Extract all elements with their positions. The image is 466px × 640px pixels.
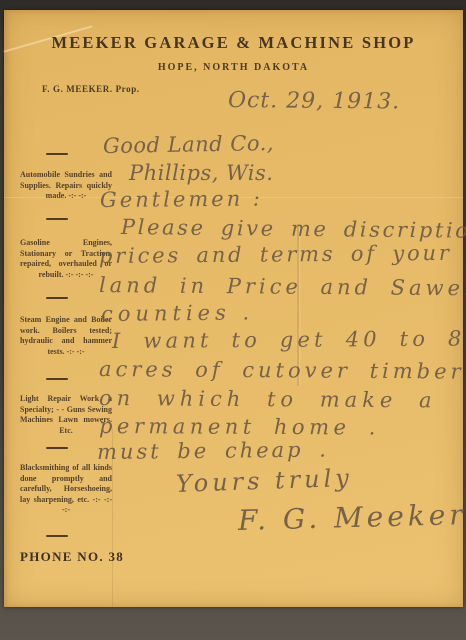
letter-line: prices and terms of your <box>99 241 452 268</box>
service-item-blacksmithing: Blacksmithing of all kinds done promptly… <box>20 463 112 516</box>
letter-line: land in Price and Sawer <box>99 273 466 300</box>
section-divider <box>46 447 68 449</box>
letter-line: acres of cutover timber <box>99 357 465 384</box>
letterhead-title: MEEKER GARAGE & MACHINE SHOP <box>4 33 463 53</box>
salutation: Gentlemen : <box>100 187 263 212</box>
section-divider <box>46 297 68 299</box>
letter-line: counties . <box>101 300 254 326</box>
service-item-auto-sundries: Automobile Sundries and Supplies. Repair… <box>20 170 112 202</box>
letter-line: permanent home . <box>99 414 380 439</box>
scanned-letter-page: MEEKER GARAGE & MACHINE SHOP HOPE, NORTH… <box>0 0 466 640</box>
letterhead-proprietor: F. G. MEEKER. Prop. <box>42 84 140 94</box>
signature: F. G. Meeker <box>238 498 466 537</box>
letter-line: must be cheap . <box>97 438 329 464</box>
recipient-name: Good Land Co., <box>103 131 274 158</box>
letter-line: on which to make a <box>99 386 437 412</box>
letter-line: Please give me discription <box>121 215 466 243</box>
section-divider <box>46 378 68 380</box>
section-divider <box>46 535 68 537</box>
letter-line: I want to get 40 to 80 <box>112 326 466 353</box>
service-item-steam-boiler: Steam Engine and Boiler work. Boilers te… <box>20 315 112 357</box>
recipient-city: Phillips, Wis. <box>129 161 273 185</box>
section-divider <box>46 153 68 155</box>
letterhead-location: HOPE, NORTH DAKOTA <box>4 62 463 73</box>
phone-number: PHONE NO. 38 <box>20 549 124 565</box>
section-divider <box>46 218 68 220</box>
handwritten-date: Oct. 29, 1913. <box>228 88 400 115</box>
